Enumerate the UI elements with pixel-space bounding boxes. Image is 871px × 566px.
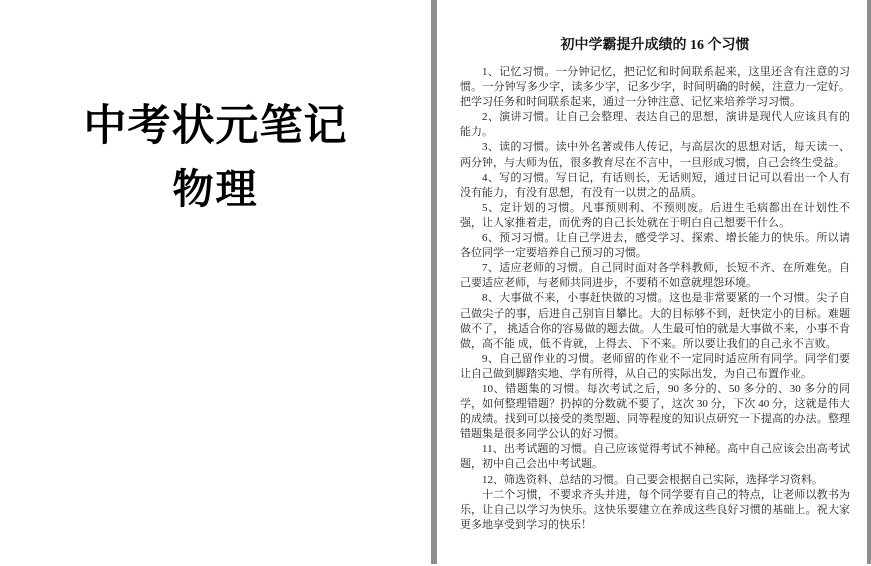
cover-title: 中考状元笔记	[0, 102, 431, 150]
paragraph-6: 6、预习习惯。让自己学进去，感受学习、探索、增长能力的快乐。所以请各位同学一定要…	[460, 231, 850, 261]
paragraph-4: 4、写的习惯。写日记，有话则长，无话则短，通过日记可以看出一个人有没有能力，有没…	[460, 171, 850, 201]
paragraph-3: 3、读的习惯。读中外名著或伟人传记，与高层次的思想对话，每天读一、两分钟，与大师…	[460, 140, 850, 170]
paragraph-7: 7、适应老师的习惯。自己同时面对各学科教师，长短不齐、在所难免。自己要适应老师，…	[460, 261, 850, 291]
document-viewer: 中考状元笔记 物理 初中学霸提升成绩的 16 个习惯 1、记忆习惯。一分钟记忆，…	[0, 0, 871, 566]
paragraph-11: 11、出考试题的习惯。自己应该觉得考试不神秘。高中自己应该会出高考试题，初中自己…	[460, 442, 850, 472]
paragraph-5: 5、定计划的习惯。凡事预则利、不预则废。后进生毛病都出在计划性不强，让人家推着走…	[460, 201, 850, 231]
cover-subtitle: 物理	[0, 167, 431, 211]
paragraph-8: 8、大事做不来，小事赶快做的习惯。这也是非常要紧的一个习惯。尖子自己做尖子的事，…	[460, 291, 850, 351]
paragraph-1: 1、记忆习惯。一分钟记忆，把记忆和时间联系起来，这里还含有注意的习惯。一分钟写多…	[460, 65, 850, 110]
closing-paragraph: 十二个习惯，不要求齐头并进，每个同学要有自己的特点，让老师以教书为乐，让自己以学…	[460, 488, 850, 533]
content-page: 初中学霸提升成绩的 16 个习惯 1、记忆习惯。一分钟记忆，把记忆和时间联系起来…	[437, 0, 867, 566]
paragraph-12: 12、筛选资料、总结的习惯。自己要会根据自己实际，选择学习资料。	[460, 473, 850, 488]
page-title: 初中学霸提升成绩的 16 个习惯	[460, 34, 850, 54]
cover-page: 中考状元笔记 物理	[0, 0, 431, 566]
paragraph-9: 9、自己留作业的习惯。老师留的作业不一定同时适应所有同学。同学们要让自己做到脚踏…	[460, 352, 850, 382]
paragraph-2: 2、演讲习惯。让自己会整理、表达自己的思想，演讲是现代人应该具有的能力。	[460, 110, 850, 140]
paragraph-10: 10、错题集的习惯。每次考试之后，90 多分的、50 多分的、30 多分的同学，…	[460, 382, 850, 442]
page-edge-separator	[867, 0, 871, 564]
